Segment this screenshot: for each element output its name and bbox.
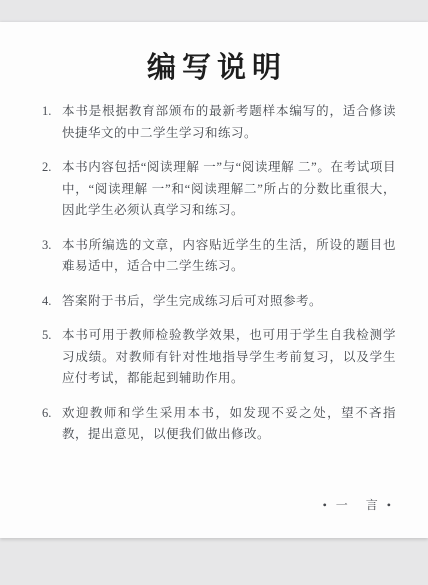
list-item: 4. 答案附于书后，学生完成练习后可对照参考。 <box>42 291 396 313</box>
list-item-text: 本书是根据教育部颁布的最新考题样本编写的，适合修读快捷华文的中二学生学习和练习。 <box>62 101 396 144</box>
list-item-text: 本书内容包括“阅读理解 一”与“阅读理解 二”。在考试项目中，“阅读理解 一”和… <box>62 157 396 222</box>
list-item-text: 欢迎教师和学生采用本书，如发现不妥之处，望不吝指教，提出意见，以便我们做出修改。 <box>62 403 396 446</box>
list-item-number: 3. <box>42 235 62 278</box>
list-item-text: 本书所编选的文章，内容贴近学生的生活，所设的题目也难易适中，适合中二学生练习。 <box>62 235 396 278</box>
list-item: 5. 本书可用于教师检验教学效果，也可用于学生自我检测学习成绩。对教师有针对性地… <box>42 325 396 390</box>
page-body: 编写说明 1. 本书是根据教育部颁布的最新考题样本编写的，适合修读快捷华文的中二… <box>0 22 428 538</box>
list-item-number: 4. <box>42 291 62 313</box>
page-title: 编写说明 <box>0 52 428 84</box>
list-item: 1. 本书是根据教育部颁布的最新考题样本编写的，适合修读快捷华文的中二学生学习和… <box>42 101 396 144</box>
list-item: 2. 本书内容包括“阅读理解 一”与“阅读理解 二”。在考试项目中，“阅读理解 … <box>42 157 396 222</box>
editorial-notes-list: 1. 本书是根据教育部颁布的最新考题样本编写的，适合修读快捷华文的中二学生学习和… <box>0 101 428 446</box>
list-item-text: 答案附于书后，学生完成练习后可对照参考。 <box>62 291 396 313</box>
list-item-number: 2. <box>42 157 62 222</box>
list-item: 6. 欢迎教师和学生采用本书，如发现不妥之处，望不吝指教，提出意见，以便我们做出… <box>42 403 396 446</box>
author-signature: • 一 言 • <box>0 496 428 513</box>
list-item: 3. 本书所编选的文章，内容贴近学生的生活，所设的题目也难易适中，适合中二学生练… <box>42 235 396 278</box>
list-item-number: 6. <box>42 403 62 446</box>
scanned-book-page: 编写说明 1. 本书是根据教育部颁布的最新考题样本编写的，适合修读快捷华文的中二… <box>0 0 428 585</box>
list-item-number: 5. <box>42 325 62 390</box>
list-item-text: 本书可用于教师检验教学效果，也可用于学生自我检测学习成绩。对教师有针对性地指导学… <box>62 325 396 390</box>
list-item-number: 1. <box>42 101 62 144</box>
